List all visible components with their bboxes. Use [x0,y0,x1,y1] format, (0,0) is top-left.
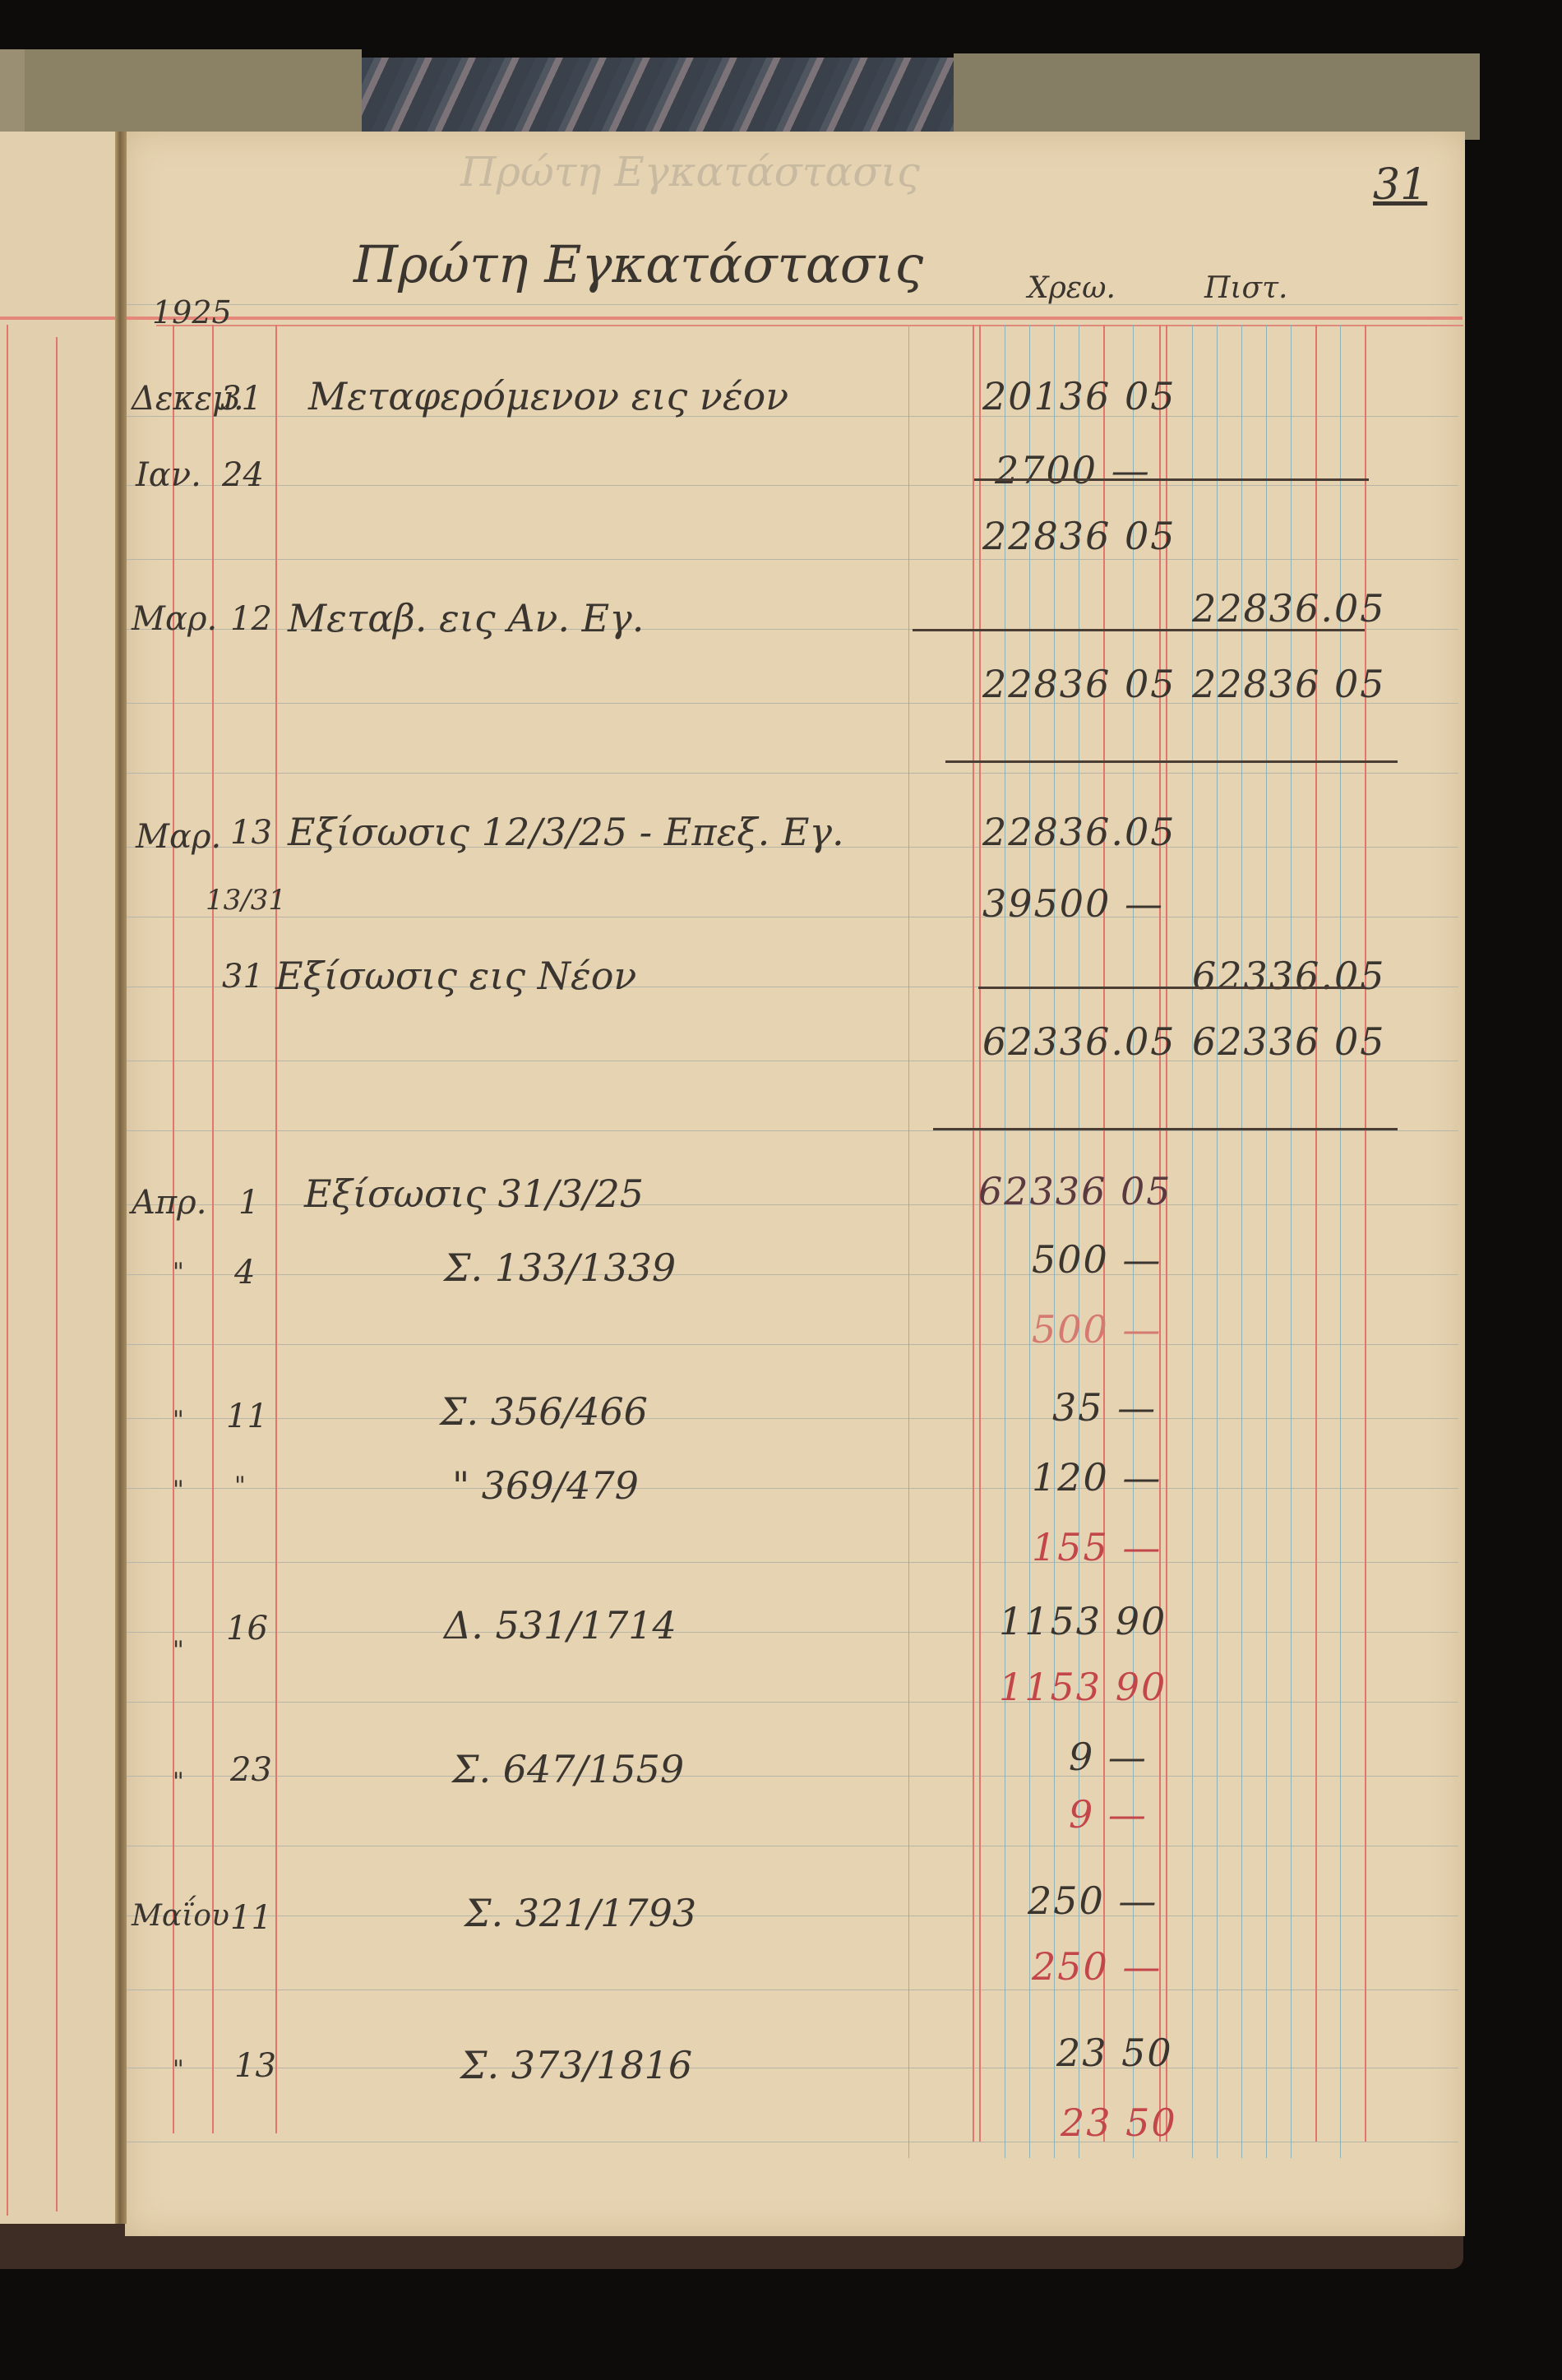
entry-credit: 22836.05 [1192,586,1386,631]
entry-credit: 62336 05 [1192,1019,1386,1064]
entry-month: Απρ. [132,1184,206,1222]
page-number: 31 [1373,160,1427,210]
entry-day: 16 [226,1610,268,1648]
entry-day: " [234,1472,246,1500]
entry-description: Σ. 356/466 [440,1389,648,1434]
entry-description: Σ. 133/1339 [444,1245,676,1290]
entry-debit: 22836 05 [982,514,1176,558]
entry-debit: 22836.05 [982,810,1176,854]
entry-month: " [173,1258,184,1287]
entry-month: Ιαν. [136,456,201,494]
book-cover-cloth-right [954,53,1480,140]
entry-credit: 22836 05 [1192,662,1386,706]
entry-credit: 62336.05 [1192,954,1386,998]
account-title: Πρώτη Εγκατάστασις [354,234,923,294]
book-cover-cloth-edge [0,49,25,140]
entry-debit: 250 — [1032,1944,1162,1989]
entry-debit: 62336.05 [982,1019,1176,1064]
entry-description: Σ. 373/1816 [460,2043,692,2087]
entry-debit: 120 — [1032,1455,1162,1500]
total-rule [978,987,1365,989]
entry-day: 12 [230,600,272,638]
entry-description: Μεταφερόμενον εις νέον [308,374,788,418]
entry-month: " [173,1406,184,1435]
left-page-column-rule [56,337,58,2211]
closing-double-rule [933,1128,1398,1130]
entry-day: 24 [222,456,264,494]
entry-debit: 62336 05 [978,1169,1172,1213]
entry-month: Μαΐου [132,1899,229,1933]
entry-description: Εξίσωσις 31/3/25 [304,1172,644,1216]
entry-description: Σ. 321/1793 [464,1891,696,1935]
entry-debit: 35 — [1052,1385,1157,1430]
pencil-heading: Πρώτη Εγκατάστασις [460,148,920,196]
left-page [0,132,123,2224]
entry-debit: 20136 05 [982,374,1176,418]
total-rule [913,629,1365,631]
header-rule [127,317,1463,320]
entry-description: Εξίσωσις εις Νέον [275,954,636,998]
entry-description: Εξίσωσις 12/3/25 - Επεξ. Εγ. [288,810,844,854]
entry-debit: 500 — [1032,1237,1162,1282]
debit-column-header: Χρεω. [1028,271,1116,305]
entry-debit: 39500 — [982,881,1164,926]
entry-debit: 23 50 [1056,2031,1173,2075]
entry-debit: 9 — [1069,1792,1148,1837]
entry-month: Μαρ. [136,818,221,856]
entry-day: 13/31 [206,884,286,917]
entry-month: " [173,2055,184,2084]
entry-description: Σ. 647/1559 [452,1747,684,1791]
entry-day: 31 [220,380,262,418]
entry-month: " [173,1476,184,1504]
entry-day: 1 [238,1184,259,1222]
entry-day: 31 [222,958,264,996]
subtotal-rule [974,478,1369,481]
entry-debit: 155 — [1032,1525,1162,1569]
entry-day: 11 [230,1899,272,1937]
entry-debit: 2700 — [995,448,1151,492]
entry-debit: 1153 90 [999,1665,1167,1709]
entry-debit: 1153 90 [999,1599,1167,1643]
marbled-endpaper [362,58,954,140]
entry-description: Δ. 531/1714 [444,1603,677,1648]
credit-column-header: Πιστ. [1204,271,1287,305]
entry-debit: 22836 05 [982,662,1176,706]
header-rule-thin [156,325,1463,326]
entry-day: 13 [234,2047,276,2085]
book-cover-cloth [0,49,362,140]
left-page-header-rule [0,317,115,320]
entry-debit: 9 — [1069,1735,1148,1779]
entry-day: 11 [226,1398,268,1435]
entry-debit: 500 — [1032,1307,1162,1352]
entry-debit: 250 — [1028,1879,1158,1923]
left-page-column-rule [7,325,8,2216]
entry-day: 23 [230,1751,272,1789]
entry-day: 13 [230,814,272,852]
entry-month: " [173,1768,184,1796]
binding-gutter [115,132,127,2224]
entry-month: Μαρ. [132,600,217,638]
entry-debit: 23 50 [1061,2100,1177,2145]
entry-day: 4 [234,1254,255,1292]
closing-double-rule [945,760,1398,763]
entry-month: " [173,1636,184,1665]
entry-description: Μεταβ. εις Αν. Εγ. [288,596,644,640]
year-label: 1925 [152,294,232,330]
entry-description: " 369/479 [452,1463,639,1508]
